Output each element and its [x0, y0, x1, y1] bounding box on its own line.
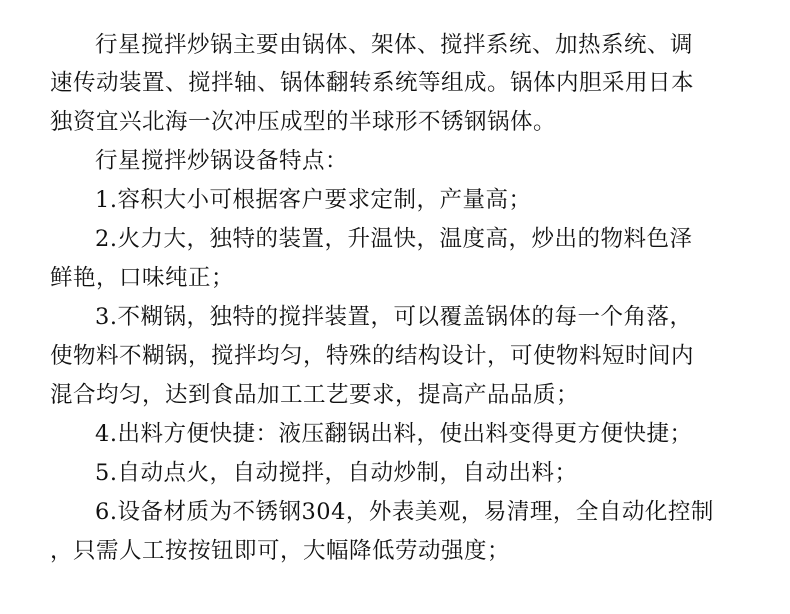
text-line: 混合均匀，达到食品加工工艺要求，提高产品品质；: [50, 380, 579, 410]
text-line: 速传动装置、搅拌轴、锅体翻转系统等组成。锅体内胆采用日本: [50, 68, 694, 98]
text-line: 3.不糊锅，独特的搅拌装置，可以覆盖锅体的每一个角落，: [95, 302, 692, 332]
text-line: 1.容积大小可根据客户要求定制，产量高；: [95, 185, 531, 215]
text-line: 行星搅拌炒锅主要由锅体、架体、搅拌系统、加热系统、调: [95, 30, 693, 60]
document-body: 行星搅拌炒锅主要由锅体、架体、搅拌系统、加热系统、调 速传动装置、搅拌轴、锅体翻…: [0, 0, 790, 614]
text-line: 使物料不糊锅，搅拌均匀，特殊的结构设计，可使物料短时间内: [50, 341, 694, 371]
text-line: 4.出料方便快捷：液压翻锅出料，使出料变得更方便快捷；: [95, 419, 692, 449]
text-line: 6.设备材质为不锈钢304，外表美观，易清理，全自动化控制: [95, 497, 714, 527]
text-line: 独资宜兴北海一次冲压成型的半球形不锈钢锅体。: [50, 107, 556, 137]
text-line: ，只需人工按按钮即可，大幅降低劳动强度；: [50, 536, 510, 566]
text-line: 2.火力大，独特的装置，升温快，温度高，炒出的物料色泽: [95, 224, 692, 254]
text-line: 5.自动点火，自动搅拌，自动炒制，自动出料；: [95, 458, 577, 488]
features-heading: 行星搅拌炒锅设备特点：: [95, 146, 348, 176]
text-line: 鲜艳，口味纯正；: [50, 263, 234, 293]
